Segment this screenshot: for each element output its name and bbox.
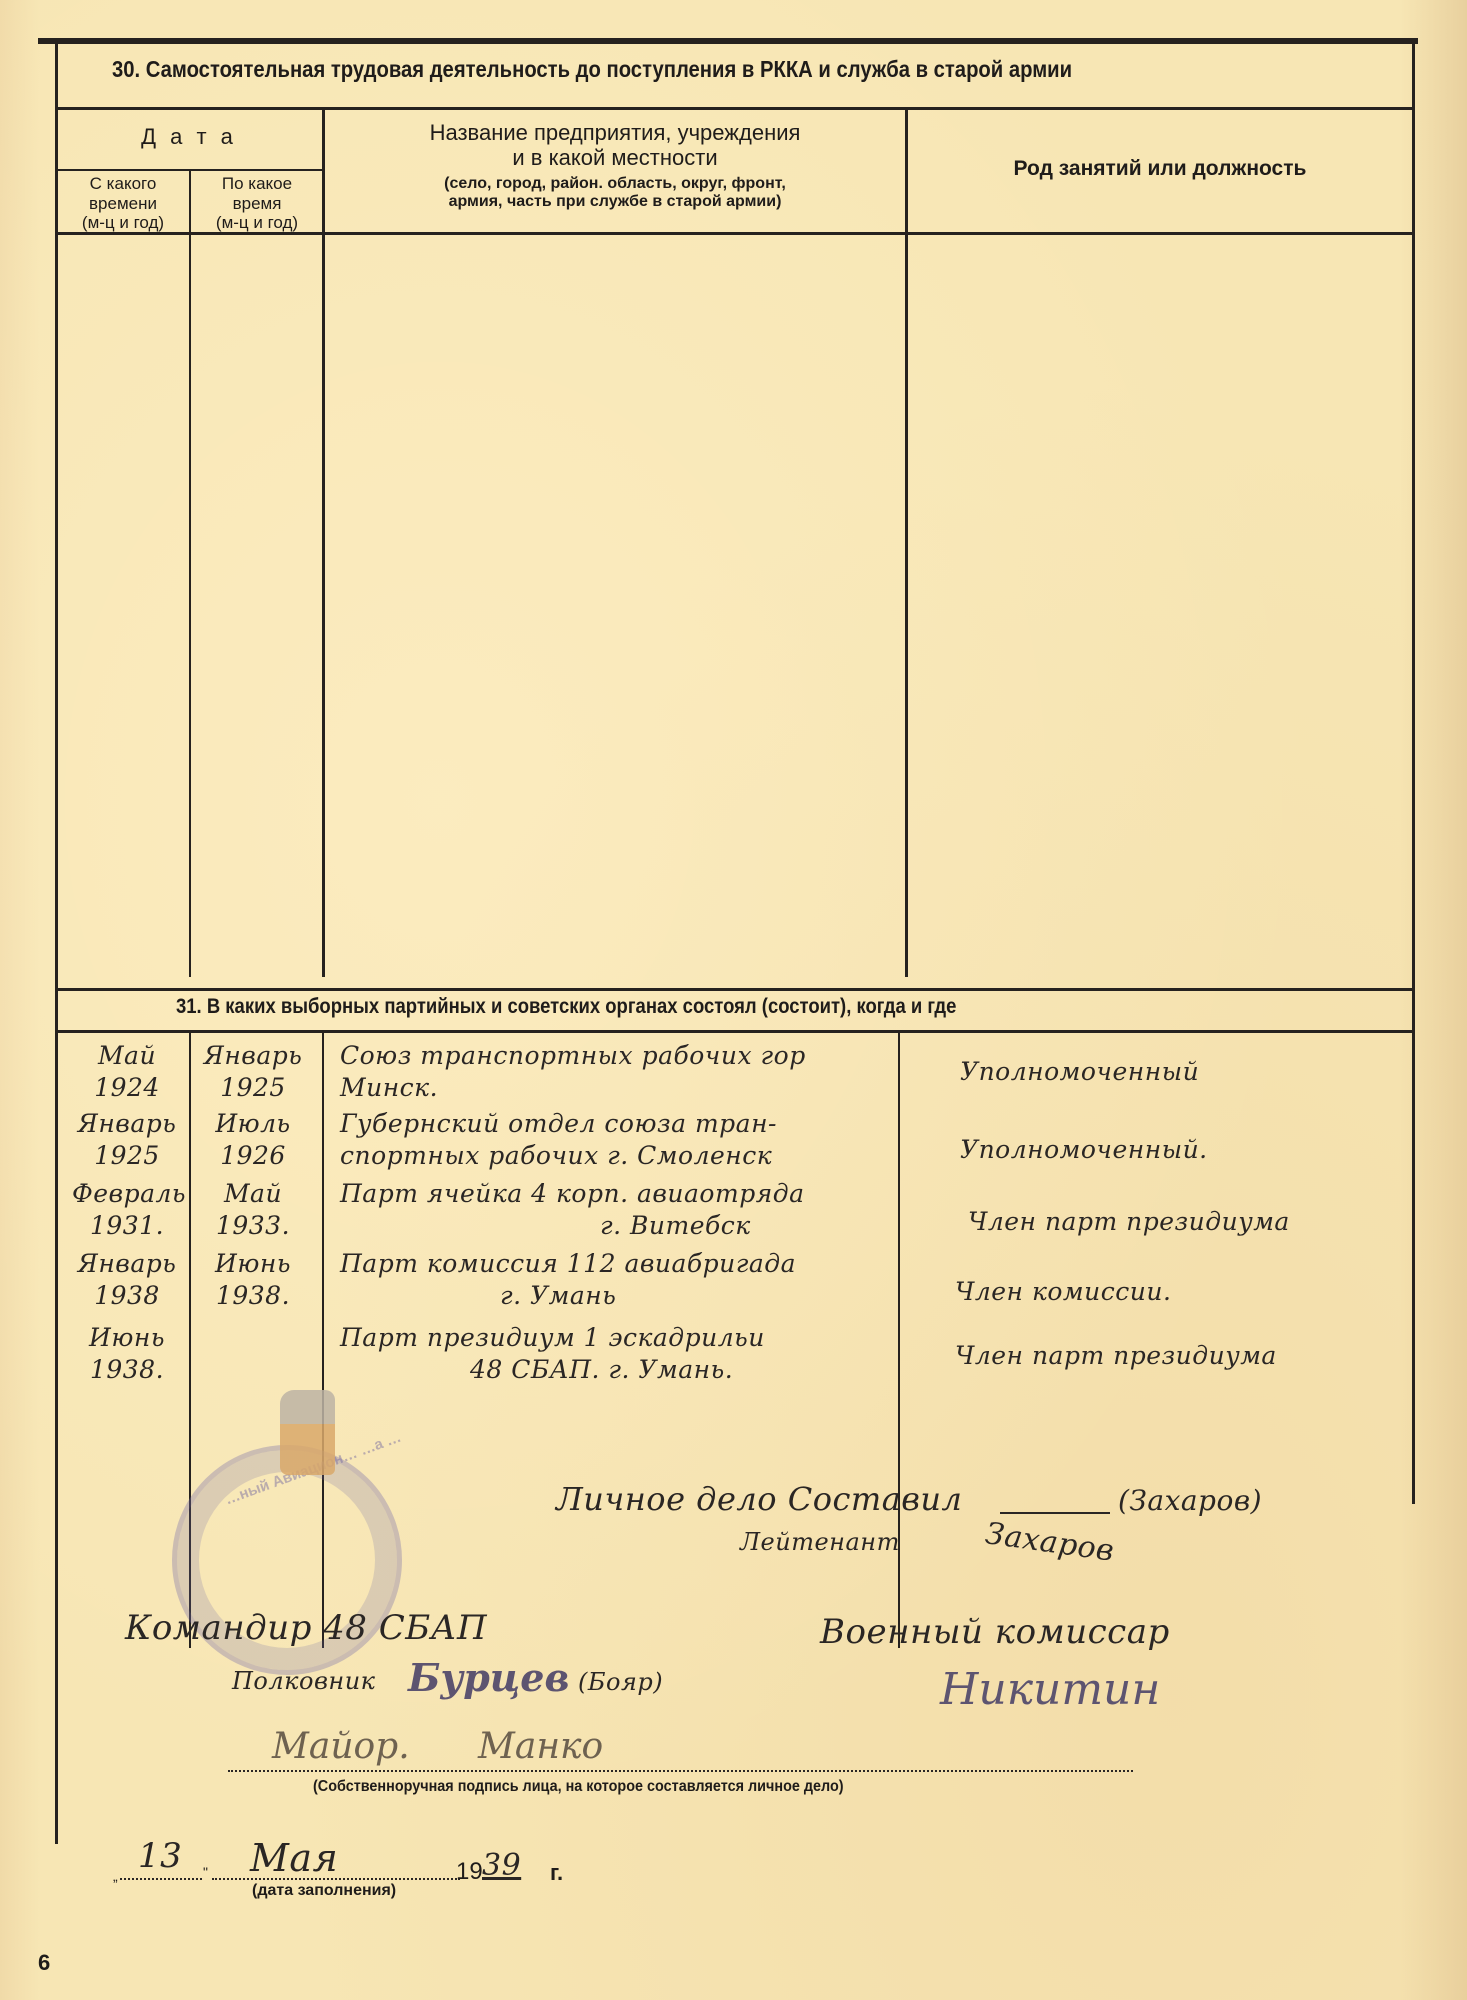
occupation-header: Род занятий или должность xyxy=(908,157,1412,181)
date-year-suffix-g: г. xyxy=(550,1860,563,1886)
compiled-by-name: (Захаров) xyxy=(1118,1484,1262,1517)
from-date-header: С какого времени (м-ц и год) xyxy=(58,174,188,233)
date-year-prefix: 19 xyxy=(456,1858,483,1886)
page-number: 6 xyxy=(38,1950,50,1976)
date-close-quote: " xyxy=(203,1864,208,1880)
position: Член парт президиума xyxy=(968,1206,1408,1238)
commander-signature: Бурцев xyxy=(408,1655,569,1700)
compiled-by-signature: Захаров xyxy=(983,1516,1116,1569)
own-signature-rank: Майор. xyxy=(272,1726,410,1767)
section31-top-rule xyxy=(57,988,1412,991)
commander-name: (Бояр) xyxy=(578,1668,663,1696)
organization: Парт президиум 1 эскадрильи 48 СБАП. г. … xyxy=(340,1322,900,1386)
section31-title: 31. В каких выборных партийных и советск… xyxy=(176,995,956,1019)
own-signature-line xyxy=(228,1770,1133,1772)
organization: Парт ячейка 4 корп. авиаотряда г. Витебс… xyxy=(340,1178,890,1242)
section30-title-rule xyxy=(57,107,1412,110)
from-date: Июнь 1938. xyxy=(72,1322,182,1386)
frame-top-rule xyxy=(38,38,1418,44)
date-filled-caption: (дата заполнения) xyxy=(252,1882,396,1900)
tape-fragment xyxy=(280,1390,335,1475)
from-date: Февраль 1931. xyxy=(72,1178,182,1242)
section30-title: 30. Самостоятельная трудовая деятельност… xyxy=(112,56,1072,83)
to-date: Май 1933. xyxy=(198,1178,308,1242)
position: Член комиссии. xyxy=(955,1276,1395,1308)
section31-title-rule xyxy=(57,1030,1412,1033)
organization: Парт комиссия 112 авиабригада г. Умань xyxy=(340,1248,890,1312)
position: Член парт президиума xyxy=(955,1340,1405,1372)
organization: Губернский отдел союза тран- спортных ра… xyxy=(340,1108,890,1172)
own-signature-caption: (Собственноручная подпись лица, на котор… xyxy=(313,1778,844,1796)
compiled-sig-line xyxy=(1000,1512,1110,1514)
organization-header: Название предприятия, учреждения и в как… xyxy=(326,120,904,211)
compiled-by-rank: Лейтенант xyxy=(740,1528,900,1556)
to-date: Июль 1926 xyxy=(198,1108,308,1172)
to-date: Январь 1925 xyxy=(198,1040,308,1104)
from-date: Январь 1938 xyxy=(72,1248,182,1312)
to-date-header: По какое время (м-ц и год) xyxy=(192,174,322,233)
own-signature-name: Манко xyxy=(478,1726,603,1767)
organization: Союз транспортных рабочих гор Минск. xyxy=(340,1040,890,1104)
date-group-header: Д а т а xyxy=(58,124,320,149)
date-month: Мая xyxy=(250,1836,338,1880)
commander-label: Командир 48 СБАП xyxy=(125,1608,487,1648)
date-open-quote: „ xyxy=(113,1868,118,1884)
day-line xyxy=(120,1878,202,1880)
frame-right-rule xyxy=(1412,44,1415,1504)
date-year-suffix: 39 xyxy=(482,1848,521,1883)
commissar-signature: Никитин xyxy=(940,1664,1160,1715)
from-date: Май 1924 xyxy=(72,1040,182,1104)
commander-rank: Полковник xyxy=(232,1667,376,1695)
from-date: Январь 1925 xyxy=(72,1108,182,1172)
position: Уполномоченный xyxy=(960,1056,1400,1088)
position: Уполномоченный. xyxy=(960,1134,1400,1166)
compiled-by-label: Личное дело Составил xyxy=(556,1480,962,1518)
date-day: 13 xyxy=(138,1836,182,1876)
section30-table-body xyxy=(58,235,1410,975)
to-date: Июнь 1938. xyxy=(198,1248,308,1312)
commissar-label: Военный комиссар xyxy=(820,1612,1170,1652)
